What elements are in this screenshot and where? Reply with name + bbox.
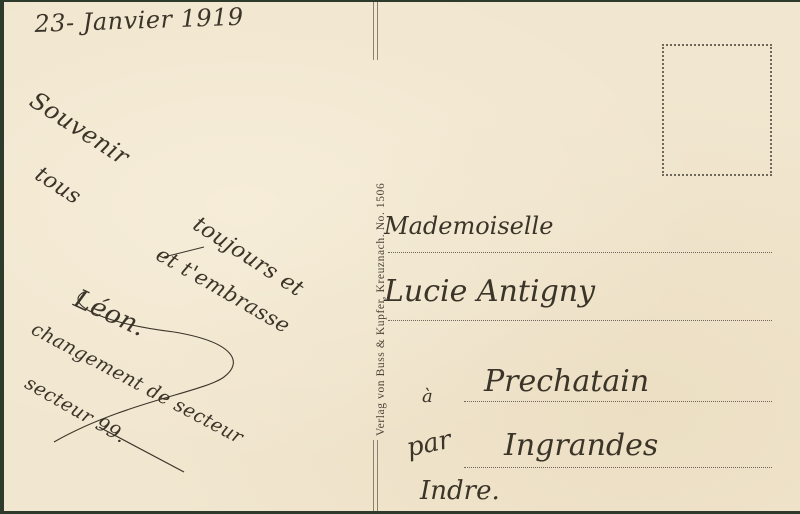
address-prefix: à bbox=[422, 386, 433, 407]
center-divider-top bbox=[373, 2, 378, 60]
address-title: Mademoiselle bbox=[384, 212, 553, 240]
address-rule bbox=[464, 467, 772, 468]
address-department: Indre. bbox=[420, 476, 500, 506]
address-name: Lucie Antigny bbox=[384, 274, 595, 309]
address-rule bbox=[388, 320, 772, 321]
address-town: Prechatain bbox=[484, 364, 649, 399]
address-rule bbox=[388, 252, 772, 253]
center-divider-bottom bbox=[373, 440, 378, 511]
address-via: Ingrandes bbox=[504, 428, 658, 463]
stamp-box bbox=[662, 44, 772, 176]
postcard-back: 23- Janvier 1919 Souvenir tous toujours … bbox=[4, 2, 800, 511]
publisher-imprint: Verlag von Buss & Kupfer, Kreuznach. No.… bbox=[375, 56, 387, 436]
address-rule bbox=[464, 401, 772, 402]
